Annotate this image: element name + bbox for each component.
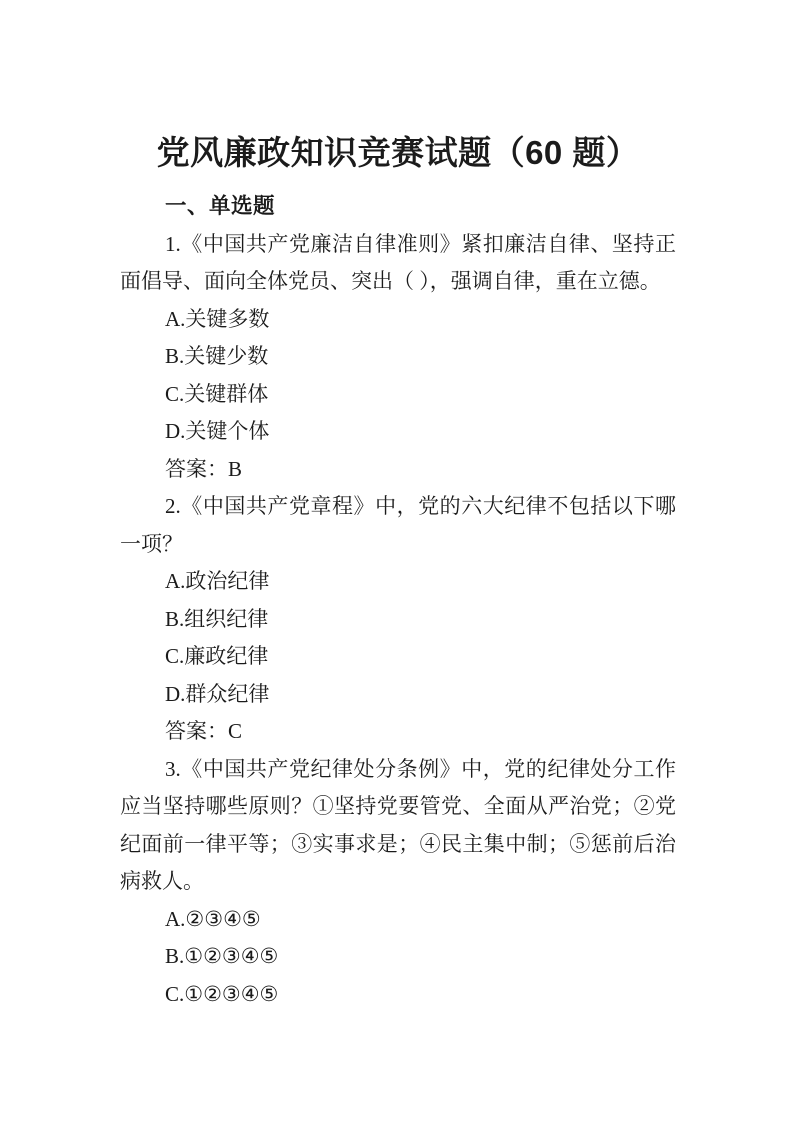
section-heading: 一、单选题 [120, 188, 676, 226]
question-2-option-d: D.群众纪律 [120, 676, 676, 714]
question-2-option-b: B.组织纪律 [120, 601, 676, 639]
question-1-option-c: C.关键群体 [120, 376, 676, 414]
question-3-stem: 3.《中国共产党纪律处分条例》中，党的纪律处分工作应当坚持哪些原则？①坚持党要管… [120, 751, 676, 901]
question-1-stem: 1.《中国共产党廉洁自律准则》紧扣廉洁自律、坚持正面倡导、面向全体党员、突出（ … [120, 226, 676, 301]
question-3-option-a: A.②③④⑤ [120, 901, 676, 939]
question-3: 3.《中国共产党纪律处分条例》中，党的纪律处分工作应当坚持哪些原则？①坚持党要管… [120, 751, 676, 1014]
question-1-option-d: D.关键个体 [120, 413, 676, 451]
document-page: 党风廉政知识竞赛试题（60 题） 一、单选题 1.《中国共产党廉洁自律准则》紧扣… [0, 0, 793, 1122]
question-2-answer: 答案：C [120, 713, 676, 751]
question-2-option-a: A.政治纪律 [120, 563, 676, 601]
page-title: 党风廉政知识竞赛试题（60 题） [120, 0, 676, 175]
question-2-option-c: C.廉政纪律 [120, 638, 676, 676]
question-1-answer: 答案：B [120, 451, 676, 489]
question-1-option-a: A.关键多数 [120, 301, 676, 339]
question-1-option-b: B.关键少数 [120, 338, 676, 376]
question-2: 2.《中国共产党章程》中，党的六大纪律不包括以下哪一项？ A.政治纪律 B.组织… [120, 488, 676, 751]
question-2-stem: 2.《中国共产党章程》中，党的六大纪律不包括以下哪一项？ [120, 488, 676, 563]
question-3-option-c: C.①②③④⑤ [120, 976, 676, 1014]
question-3-option-b: B.①②③④⑤ [120, 938, 676, 976]
question-1: 1.《中国共产党廉洁自律准则》紧扣廉洁自律、坚持正面倡导、面向全体党员、突出（ … [120, 226, 676, 489]
